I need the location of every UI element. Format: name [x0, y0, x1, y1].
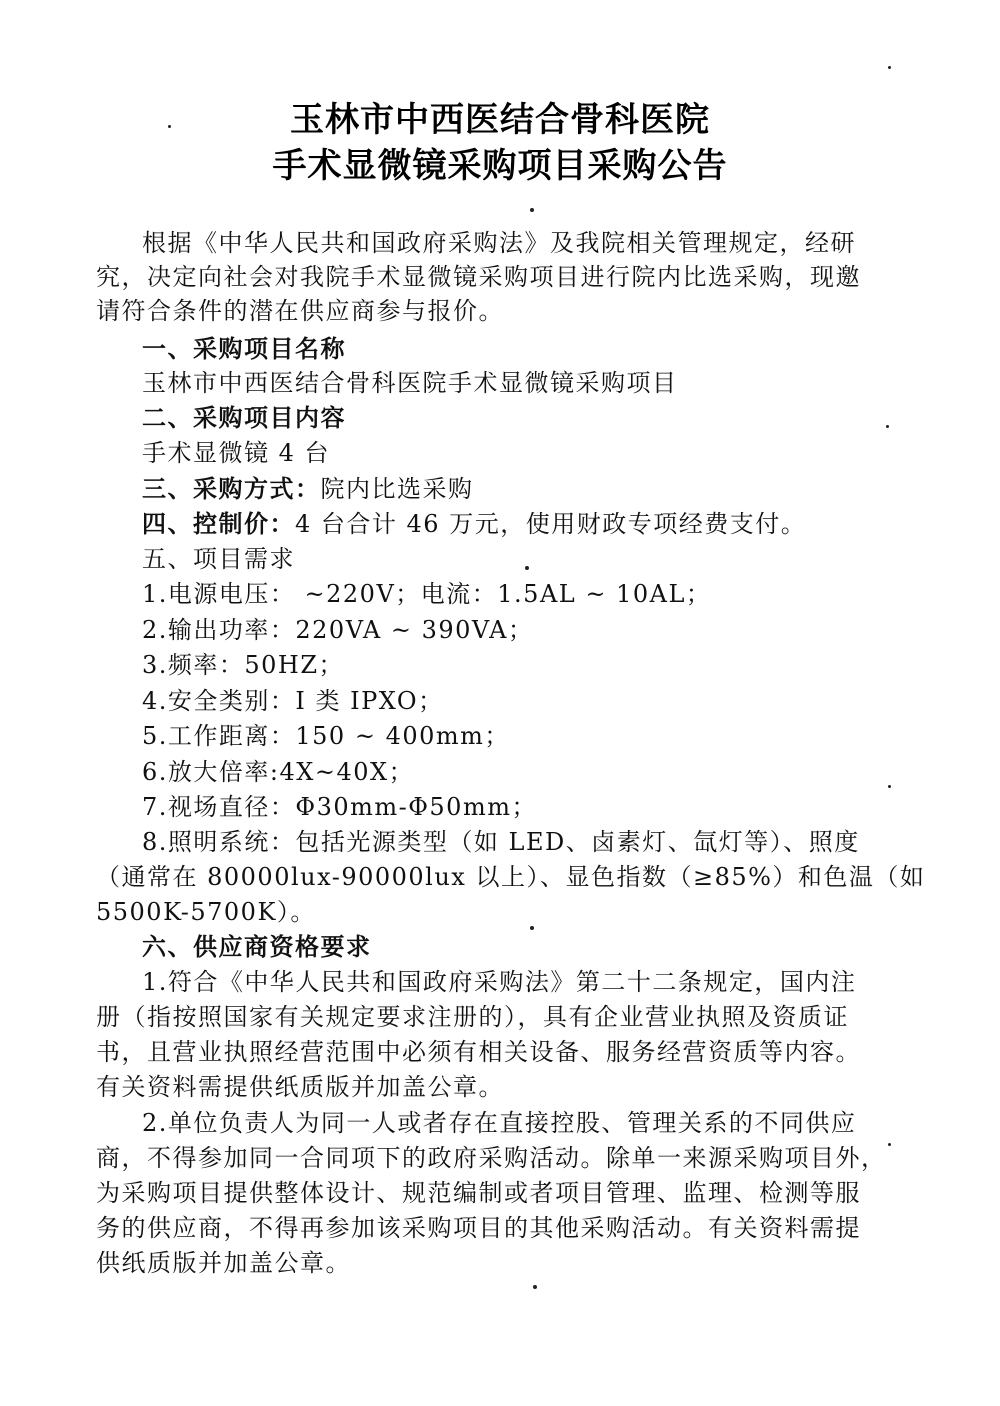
qualification-line: 务的供应商，不得再参加该采购项目的其他采购活动。有关资料需提	[96, 1211, 906, 1245]
scan-speck	[525, 566, 529, 570]
requirement-item: 2.输出功率：220VA ~ 390VA；	[142, 613, 952, 647]
requirement-item: 5.工作距离：150 ~ 400mm；	[142, 719, 952, 753]
qualification-line: 册（指按照国家有关规定要求注册的），具有企业营业执照及资质证	[96, 1000, 906, 1034]
scan-speck	[888, 1143, 891, 1146]
page-title-line1: 玉林市中西医结合骨科医院	[0, 92, 1000, 141]
section-row: 三、采购方式：院内比选采购	[142, 472, 952, 506]
requirement-item: （通常在 80000lux-90000lux 以上）、显色指数（≥85%）和色温…	[96, 860, 906, 894]
scan-speck	[530, 208, 534, 212]
qualification-line: 供纸质版并加盖公章。	[96, 1246, 906, 1280]
requirement-item: 7.视场直径：Φ30mm-Φ50mm；	[142, 790, 952, 824]
scan-speck	[533, 1285, 537, 1289]
section-heading: 二、采购项目内容	[142, 401, 952, 435]
qualification-line: 书，且营业执照经营范围中必须有相关设备、服务经营资质等内容。	[96, 1035, 906, 1069]
intro-line: 究，决定向社会对我院手术显微镜采购项目进行院内比选采购，现邀	[96, 260, 906, 294]
scan-speck	[530, 926, 534, 930]
section-body: 手术显微镜 4 台	[142, 436, 952, 470]
section-heading: 五、项目需求	[142, 542, 952, 576]
scan-speck	[888, 66, 891, 69]
qualification-line: 有关资料需提供纸质版并加盖公章。	[96, 1070, 906, 1104]
section-heading: 四、控制价：	[142, 510, 295, 538]
section-row: 四、控制价：4 台合计 46 万元，使用财政专项经费支付。	[142, 507, 952, 541]
qualification-line: 商，不得参加同一合同项下的政府采购活动。除单一来源采购项目外，	[96, 1141, 906, 1175]
requirement-item: 4.安全类别：I 类 IPXO；	[142, 684, 952, 718]
requirement-item: 6.放大倍率:4X~40X；	[142, 755, 952, 789]
qualification-line: 为采购项目提供整体设计、规范编制或者项目管理、监理、检测等服	[96, 1176, 906, 1210]
qualification-line: 2.单位负责人为同一人或者存在直接控股、管理关系的不同供应	[142, 1106, 952, 1140]
intro-line: 请符合条件的潜在供应商参与报价。	[96, 294, 906, 328]
scan-speck	[888, 785, 891, 788]
requirement-item: 3.频率：50HZ；	[142, 648, 952, 682]
scan-speck	[886, 425, 889, 428]
qualification-line: 1.符合《中华人民共和国政府采购法》第二十二条规定，国内注	[142, 965, 952, 999]
section-body: 玉林市中西医结合骨科医院手术显微镜采购项目	[142, 366, 952, 400]
section-heading: 一、采购项目名称	[142, 332, 952, 366]
intro-line: 根据《中华人民共和国政府采购法》及我院相关管理规定，经研	[142, 226, 952, 260]
requirement-item: 8.照明系统：包括光源类型（如 LED、卤素灯、氙灯等）、照度	[142, 825, 952, 859]
section-body: 4 台合计 46 万元，使用财政专项经费支付。	[295, 510, 806, 538]
scan-speck	[168, 125, 171, 128]
section-body: 院内比选采购	[321, 475, 474, 503]
section-heading: 六、供应商资格要求	[142, 930, 952, 964]
requirement-item: 5500K-5700K）。	[96, 895, 906, 929]
section-heading: 三、采购方式：	[142, 475, 321, 503]
page-title-line2: 手术显微镜采购项目采购公告	[0, 138, 1000, 187]
requirement-item: 1.电源电压： ~220V；电流：1.5AL ~ 10AL；	[142, 577, 952, 611]
